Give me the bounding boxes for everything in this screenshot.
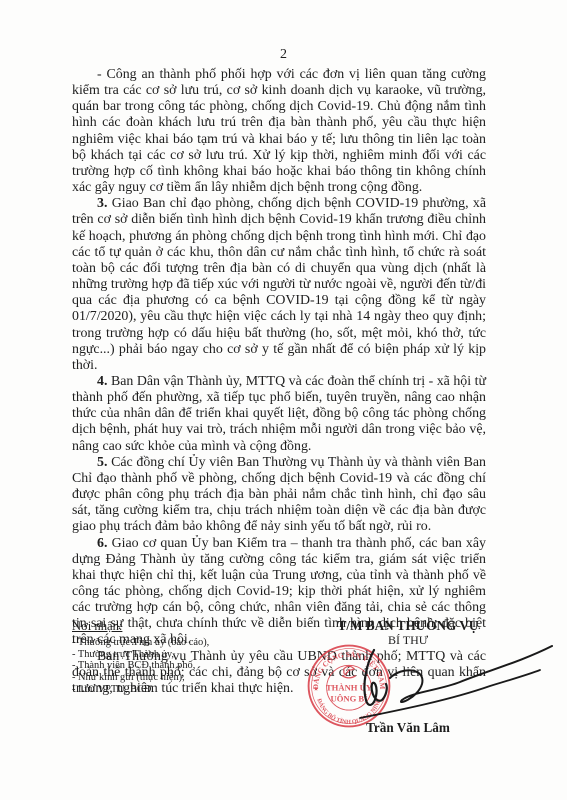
recipients-block: Nơi nhận: - Thường trực Tỉnh ủy (báo cáo… <box>72 621 209 696</box>
paragraph-number: 6. <box>97 536 107 551</box>
paragraph-3: 3. Giao Ban chỉ đạo phòng, chống dịch bệ… <box>72 196 486 374</box>
paragraph-number: 3. <box>97 196 107 211</box>
recipient-item: - Thường trực Tỉnh ủy (báo cáo), <box>72 637 209 649</box>
handwritten-signature-icon <box>330 640 560 730</box>
document-body: - Công an thành phố phối hợp với các đơn… <box>72 67 486 697</box>
paragraph-5: 5. Các đồng chí Ủy viên Ban Thường vụ Th… <box>72 455 486 536</box>
recipients-heading: Nơi nhận: <box>72 621 209 633</box>
paragraph-number: 4. <box>97 374 107 389</box>
page-number: 2 <box>0 47 567 63</box>
paragraph-number: 5. <box>97 455 107 470</box>
recipient-item: - Thường trực Thành ủy, <box>72 649 209 661</box>
signatory-authority: T/M BAN THƯỜNG VỤ <box>318 618 498 634</box>
recipient-item: - Thành viên BCĐ thành phố, <box>72 660 209 672</box>
recipient-item: - Như kính gửi (thực hiện), <box>72 672 209 684</box>
paragraph-police: - Công an thành phố phối hợp với các đơn… <box>72 67 486 196</box>
paragraph-4: 4. Ban Dân vận Thành ủy, MTTQ và các đoà… <box>72 374 486 455</box>
svg-text:★: ★ <box>314 686 319 692</box>
recipient-item: - Lưu VPTU, BCĐ. <box>72 684 209 696</box>
